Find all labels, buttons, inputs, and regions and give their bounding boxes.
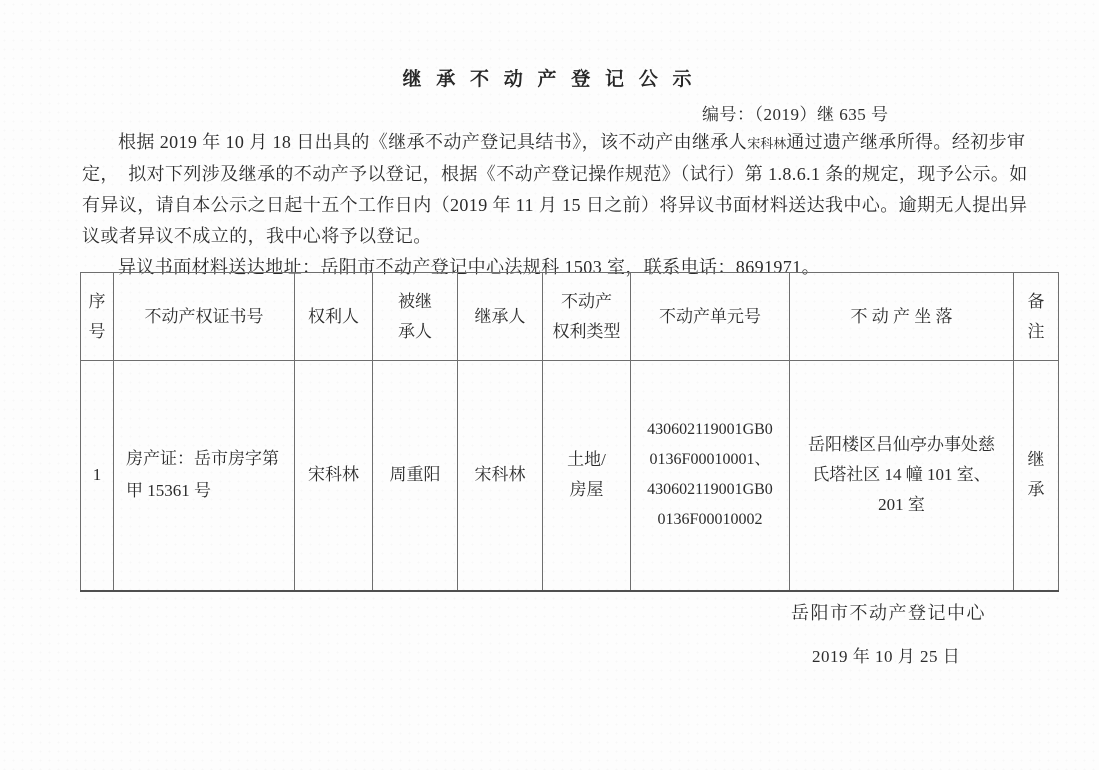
issue-date: 2019 年 10 月 25 日 — [812, 642, 960, 667]
issuing-org: 岳阳市不动产登记中心 — [791, 599, 986, 625]
doc-number: 编号：（2019）继 635 号 — [702, 100, 889, 125]
intro-line-3: 有异议，请自本公示之日起十五个工作日内（2019 年 11 月 15 日之前）将… — [82, 190, 1062, 221]
header-certificate: 不动产权证书号 — [114, 273, 295, 361]
table-header-row: 序 号 不动产权证书号 权利人 被继 承人 继承人 不动产 权利类型 不动产单元… — [81, 273, 1059, 361]
cell-location: 岳阳楼区吕仙亭办事处慈氏塔社区 14 幢 101 室、201 室 — [790, 361, 1014, 591]
cell-certificate: 房产证：岳市房字第甲 15361 号 — [114, 361, 295, 591]
scanned-notice-page: 继 承 不 动 产 登 记 公 示 编号：（2019）继 635 号 根据 20… — [0, 0, 1099, 770]
table-row: 1 房产证：岳市房字第甲 15361 号 宋科林 周重阳 宋科林 土地/ 房屋 … — [81, 361, 1059, 591]
header-unit-number: 不动产单元号 — [631, 273, 790, 361]
intro-line-4: 议或者异议不成立的，我中心将予以登记。 — [82, 221, 1062, 252]
cell-remark: 继承 — [1014, 361, 1059, 591]
registration-table: 序 号 不动产权证书号 权利人 被继 承人 继承人 不动产 权利类型 不动产单元… — [80, 272, 1059, 592]
intro-line-2: 定， 拟对下列涉及继承的不动产予以登记，根据《不动产登记操作规范》（试行）第 1… — [82, 159, 1062, 190]
cell-seq: 1 — [81, 361, 114, 591]
intro-paragraph: 根据 2019 年 10 月 18 日出具的《继承不动产登记具结书》，该不动产由… — [82, 127, 1062, 283]
cell-holder: 宋科林 — [295, 361, 373, 591]
cell-right-type: 土地/ 房屋 — [543, 361, 631, 591]
page-title: 继 承 不 动 产 登 记 公 示 — [0, 64, 1099, 91]
cell-unit-number: 430602119001GB0 0136F00010001、 430602119… — [631, 361, 790, 591]
cell-heir: 宋科林 — [458, 361, 543, 591]
header-right-type: 不动产 权利类型 — [543, 273, 631, 361]
header-seq: 序 号 — [81, 273, 114, 361]
header-holder: 权利人 — [295, 273, 373, 361]
header-decedent: 被继 承人 — [373, 273, 458, 361]
header-heir: 继承人 — [458, 273, 543, 361]
heir-name-inline: 宋科林 — [747, 136, 786, 151]
intro-line1-post: 通过遗产继承所得。经初步审 — [786, 132, 1025, 152]
intro-line1-pre: 根据 2019 年 10 月 18 日出具的《继承不动产登记具结书》，该不动产由… — [118, 132, 747, 152]
cell-decedent: 周重阳 — [373, 361, 458, 591]
header-remark: 备 注 — [1014, 273, 1059, 361]
header-location: 不 动 产 坐 落 — [790, 273, 1014, 361]
intro-line-1: 根据 2019 年 10 月 18 日出具的《继承不动产登记具结书》，该不动产由… — [82, 127, 1062, 159]
